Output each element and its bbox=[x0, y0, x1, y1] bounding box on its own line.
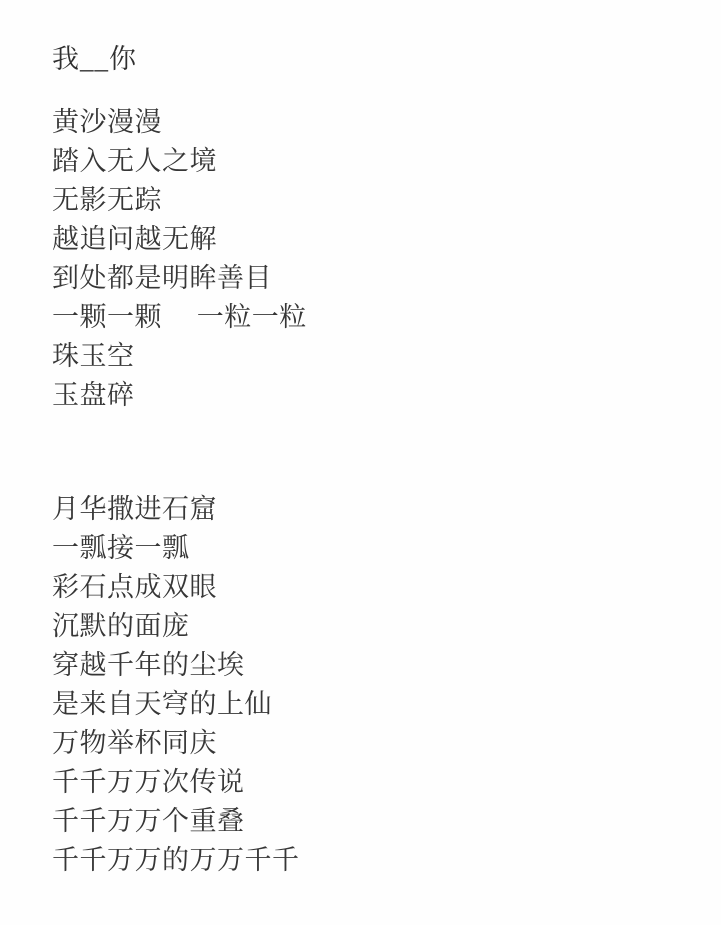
poem-line: 沉默的面庞 bbox=[52, 607, 307, 646]
poem-title: 我__你 bbox=[52, 40, 307, 79]
poem-line: 踏入无人之境 bbox=[52, 142, 307, 181]
poem-line: 一颗一颗 一粒一粒 bbox=[52, 298, 307, 337]
poem-line: 千千万万的万万千千 bbox=[52, 841, 307, 880]
poem-line: 千千万万个重叠 bbox=[52, 802, 307, 841]
poem-line: 到处都是明眸善目 bbox=[52, 259, 307, 298]
poem-line: 穿越千年的尘埃 bbox=[52, 646, 307, 685]
poem-stanza-2: 月华撒进石窟 一瓢接一瓢 彩石点成双眼 沉默的面庞 穿越千年的尘埃 是来自天穹的… bbox=[52, 490, 307, 880]
poem-line: 珠玉空 bbox=[52, 337, 307, 376]
poem-line: 黄沙漫漫 bbox=[52, 103, 307, 142]
poem-line: 无影无踪 bbox=[52, 181, 307, 220]
poem-line: 月华撒进石窟 bbox=[52, 490, 307, 529]
poem-line: 彩石点成双眼 bbox=[52, 568, 307, 607]
poem-line: 玉盘碎 bbox=[52, 376, 307, 415]
poem-line: 一瓢接一瓢 bbox=[52, 529, 307, 568]
poem-line: 越追问越无解 bbox=[52, 220, 307, 259]
poem-page: 我__你 黄沙漫漫 踏入无人之境 无影无踪 越追问越无解 到处都是明眸善目 一颗… bbox=[0, 0, 721, 925]
poem-stanza-1: 黄沙漫漫 踏入无人之境 无影无踪 越追问越无解 到处都是明眸善目 一颗一颗 一粒… bbox=[52, 103, 307, 415]
poem-line: 千千万万次传说 bbox=[52, 763, 307, 802]
poem-line: 是来自天穹的上仙 bbox=[52, 685, 307, 724]
poem-line: 万物举杯同庆 bbox=[52, 724, 307, 763]
poem-body: 我__你 黄沙漫漫 踏入无人之境 无影无踪 越追问越无解 到处都是明眸善目 一颗… bbox=[52, 40, 307, 880]
